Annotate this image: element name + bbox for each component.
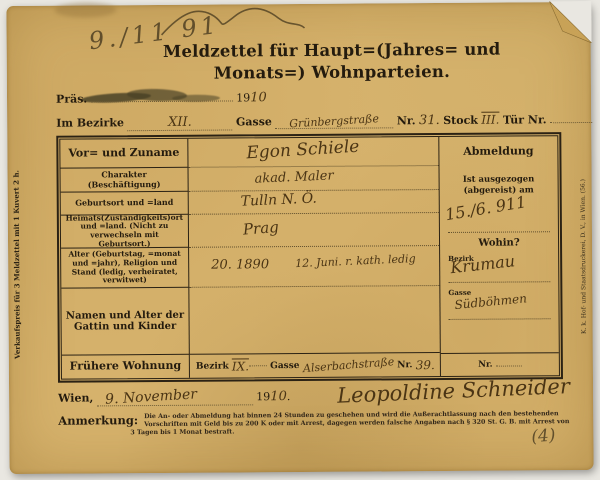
bezirke-field: XII. bbox=[127, 114, 232, 131]
birthplace-handwritten: Tulln N. Ö. bbox=[240, 191, 317, 210]
bezirke-value-handwritten: XII. bbox=[168, 115, 192, 130]
row-value-name: Egon Schiele bbox=[188, 137, 438, 168]
row-value-former-residence: Bezirk IX. Gasse Alserbachstraße Nr. 39. bbox=[190, 353, 440, 378]
abmeldung-dotted-line bbox=[448, 231, 550, 233]
row-value-occupation: akad. Maler bbox=[189, 166, 439, 192]
nr-value-handwritten: 31. bbox=[419, 113, 440, 128]
dateline: Wien, 9. November 1910. bbox=[58, 388, 290, 407]
footer-year-handwritten: 10 bbox=[270, 389, 287, 404]
tuer-field bbox=[550, 122, 592, 123]
abmeldung-gasse-label: Gasse bbox=[448, 288, 471, 297]
former-gasse-handwritten: Alserbachstraße bbox=[302, 355, 394, 375]
gasse-label: Gasse bbox=[236, 115, 272, 128]
gasse-field: Grünbergstraße bbox=[275, 114, 393, 129]
pencil-note-bottom: (4) bbox=[531, 425, 557, 447]
name-handwritten: Egon Schiele bbox=[246, 137, 360, 164]
abmeldung-nr-text: Nr. bbox=[478, 360, 493, 370]
row-value-family bbox=[189, 286, 439, 355]
row-value-age-religion: 20. 1890 12. Juni. r. kath. ledig bbox=[189, 246, 439, 288]
praes-year-print: 19 bbox=[236, 91, 250, 104]
former-nr-label: Nr. bbox=[397, 360, 412, 370]
abmeldung-divider bbox=[441, 352, 559, 354]
footer-year-print: 19 bbox=[256, 390, 270, 403]
form-title-line2: Monats=) Wohnparteien. bbox=[147, 61, 517, 86]
right-edge-imprint: K. k. Hof- und Staatsdruckerei, D. V., i… bbox=[579, 152, 590, 362]
religion-status-handwritten: 12. Juni. r. kath. ledig bbox=[295, 252, 416, 270]
anmerkung-label: Anmerkung: bbox=[58, 413, 138, 428]
home-town-handwritten: Prag bbox=[242, 218, 279, 239]
former-bezirk-handwritten: IX. bbox=[232, 359, 249, 373]
wohin-label: Wohin? bbox=[440, 237, 558, 249]
age-handwritten: 20. 1890 bbox=[211, 257, 269, 272]
gasse-value-handwritten: Grünbergstraße bbox=[289, 112, 379, 130]
former-dots bbox=[249, 365, 267, 366]
nr-label: Nr. bbox=[397, 114, 416, 127]
anmerkung-text: Die An- oder Abmeldung hat binnen 24 Stu… bbox=[130, 410, 570, 438]
address-line: Im Bezirke XII. Gasse Grünbergstraße Nr.… bbox=[56, 112, 592, 132]
left-edge-imprint: Verkaufspreis für 3 Meldzettel mit 1 Kuv… bbox=[11, 134, 25, 396]
bezirke-label: Im Bezirke bbox=[56, 116, 124, 129]
date-handwritten: 9. November bbox=[104, 386, 197, 407]
stock-value-handwritten: III. bbox=[481, 113, 499, 127]
tuer-label: Tür Nr. bbox=[503, 113, 547, 126]
praes-line: Präs. 1910 bbox=[56, 90, 267, 106]
city-label: Wien, bbox=[58, 391, 93, 404]
abmeldung-title: Abmeldung bbox=[439, 144, 557, 158]
abmeldung-column: Abmeldung Ist ausgezogen (abgereist) am … bbox=[438, 136, 559, 376]
abmeldung-nr-label: Nr. bbox=[441, 359, 559, 370]
former-bezirk-label: Bezirk bbox=[196, 361, 229, 371]
meldezettel-form-sheet: 9./11 91 Meldzettel für Haupt=(Jahres= u… bbox=[6, 2, 593, 474]
praes-dotted-line bbox=[91, 100, 233, 102]
row-label-age-religion: Alter (Geburtstag, =monat und =jahr), Re… bbox=[61, 248, 189, 289]
date-field: 9. November bbox=[97, 388, 253, 406]
row-label-occupation: Charakter (Beschäftigung) bbox=[61, 168, 189, 193]
praes-label: Präs. bbox=[56, 92, 87, 105]
paper-stain bbox=[54, 2, 116, 17]
row-label-name: Vor= und Zuname bbox=[60, 139, 188, 169]
row-value-home-town: Prag bbox=[189, 213, 439, 248]
moved-out-label-2: (abgereist) am bbox=[440, 185, 558, 196]
praes-year-handwritten: 10 bbox=[250, 90, 267, 105]
row-label-home-town: Heimats(Zuständigkeits)ort und =land. (N… bbox=[61, 215, 189, 249]
moved-out-label-1: Ist ausgezogen bbox=[440, 174, 558, 185]
row-value-birthplace: Tulln N. Ö. bbox=[189, 190, 439, 215]
registration-table: Vor= und Zuname Egon Schiele Charakter (… bbox=[59, 135, 560, 379]
abmeldung-dotted-line bbox=[448, 281, 550, 283]
abmeldung-nr-field bbox=[496, 365, 522, 366]
former-nr-handwritten: 39. bbox=[416, 358, 435, 372]
form-title-line1: Meldzettel für Haupt=(Jahres= und bbox=[147, 38, 517, 63]
signature-leopoldine-schneider: Leopoldine Schneider bbox=[337, 374, 571, 408]
moved-out-date-handwritten: 15./6. 911 bbox=[444, 192, 528, 224]
anmerkung-block: Anmerkung: Die An- oder Abmeldung hat bi… bbox=[58, 410, 570, 438]
former-gasse-label: Gasse bbox=[270, 361, 299, 371]
row-label-family: Namen und Alter der Gattin und Kinder bbox=[61, 288, 189, 356]
row-label-former-residence: Frühere Wohnung bbox=[62, 355, 190, 379]
folded-corner bbox=[549, 1, 591, 43]
occupation-handwritten: akad. Maler bbox=[254, 168, 334, 186]
form-title: Meldzettel für Haupt=(Jahres= und Monats… bbox=[147, 38, 517, 85]
abmeldung-dotted-line bbox=[449, 318, 551, 320]
footer-period: . bbox=[287, 390, 291, 403]
stock-label: Stock bbox=[443, 114, 478, 127]
